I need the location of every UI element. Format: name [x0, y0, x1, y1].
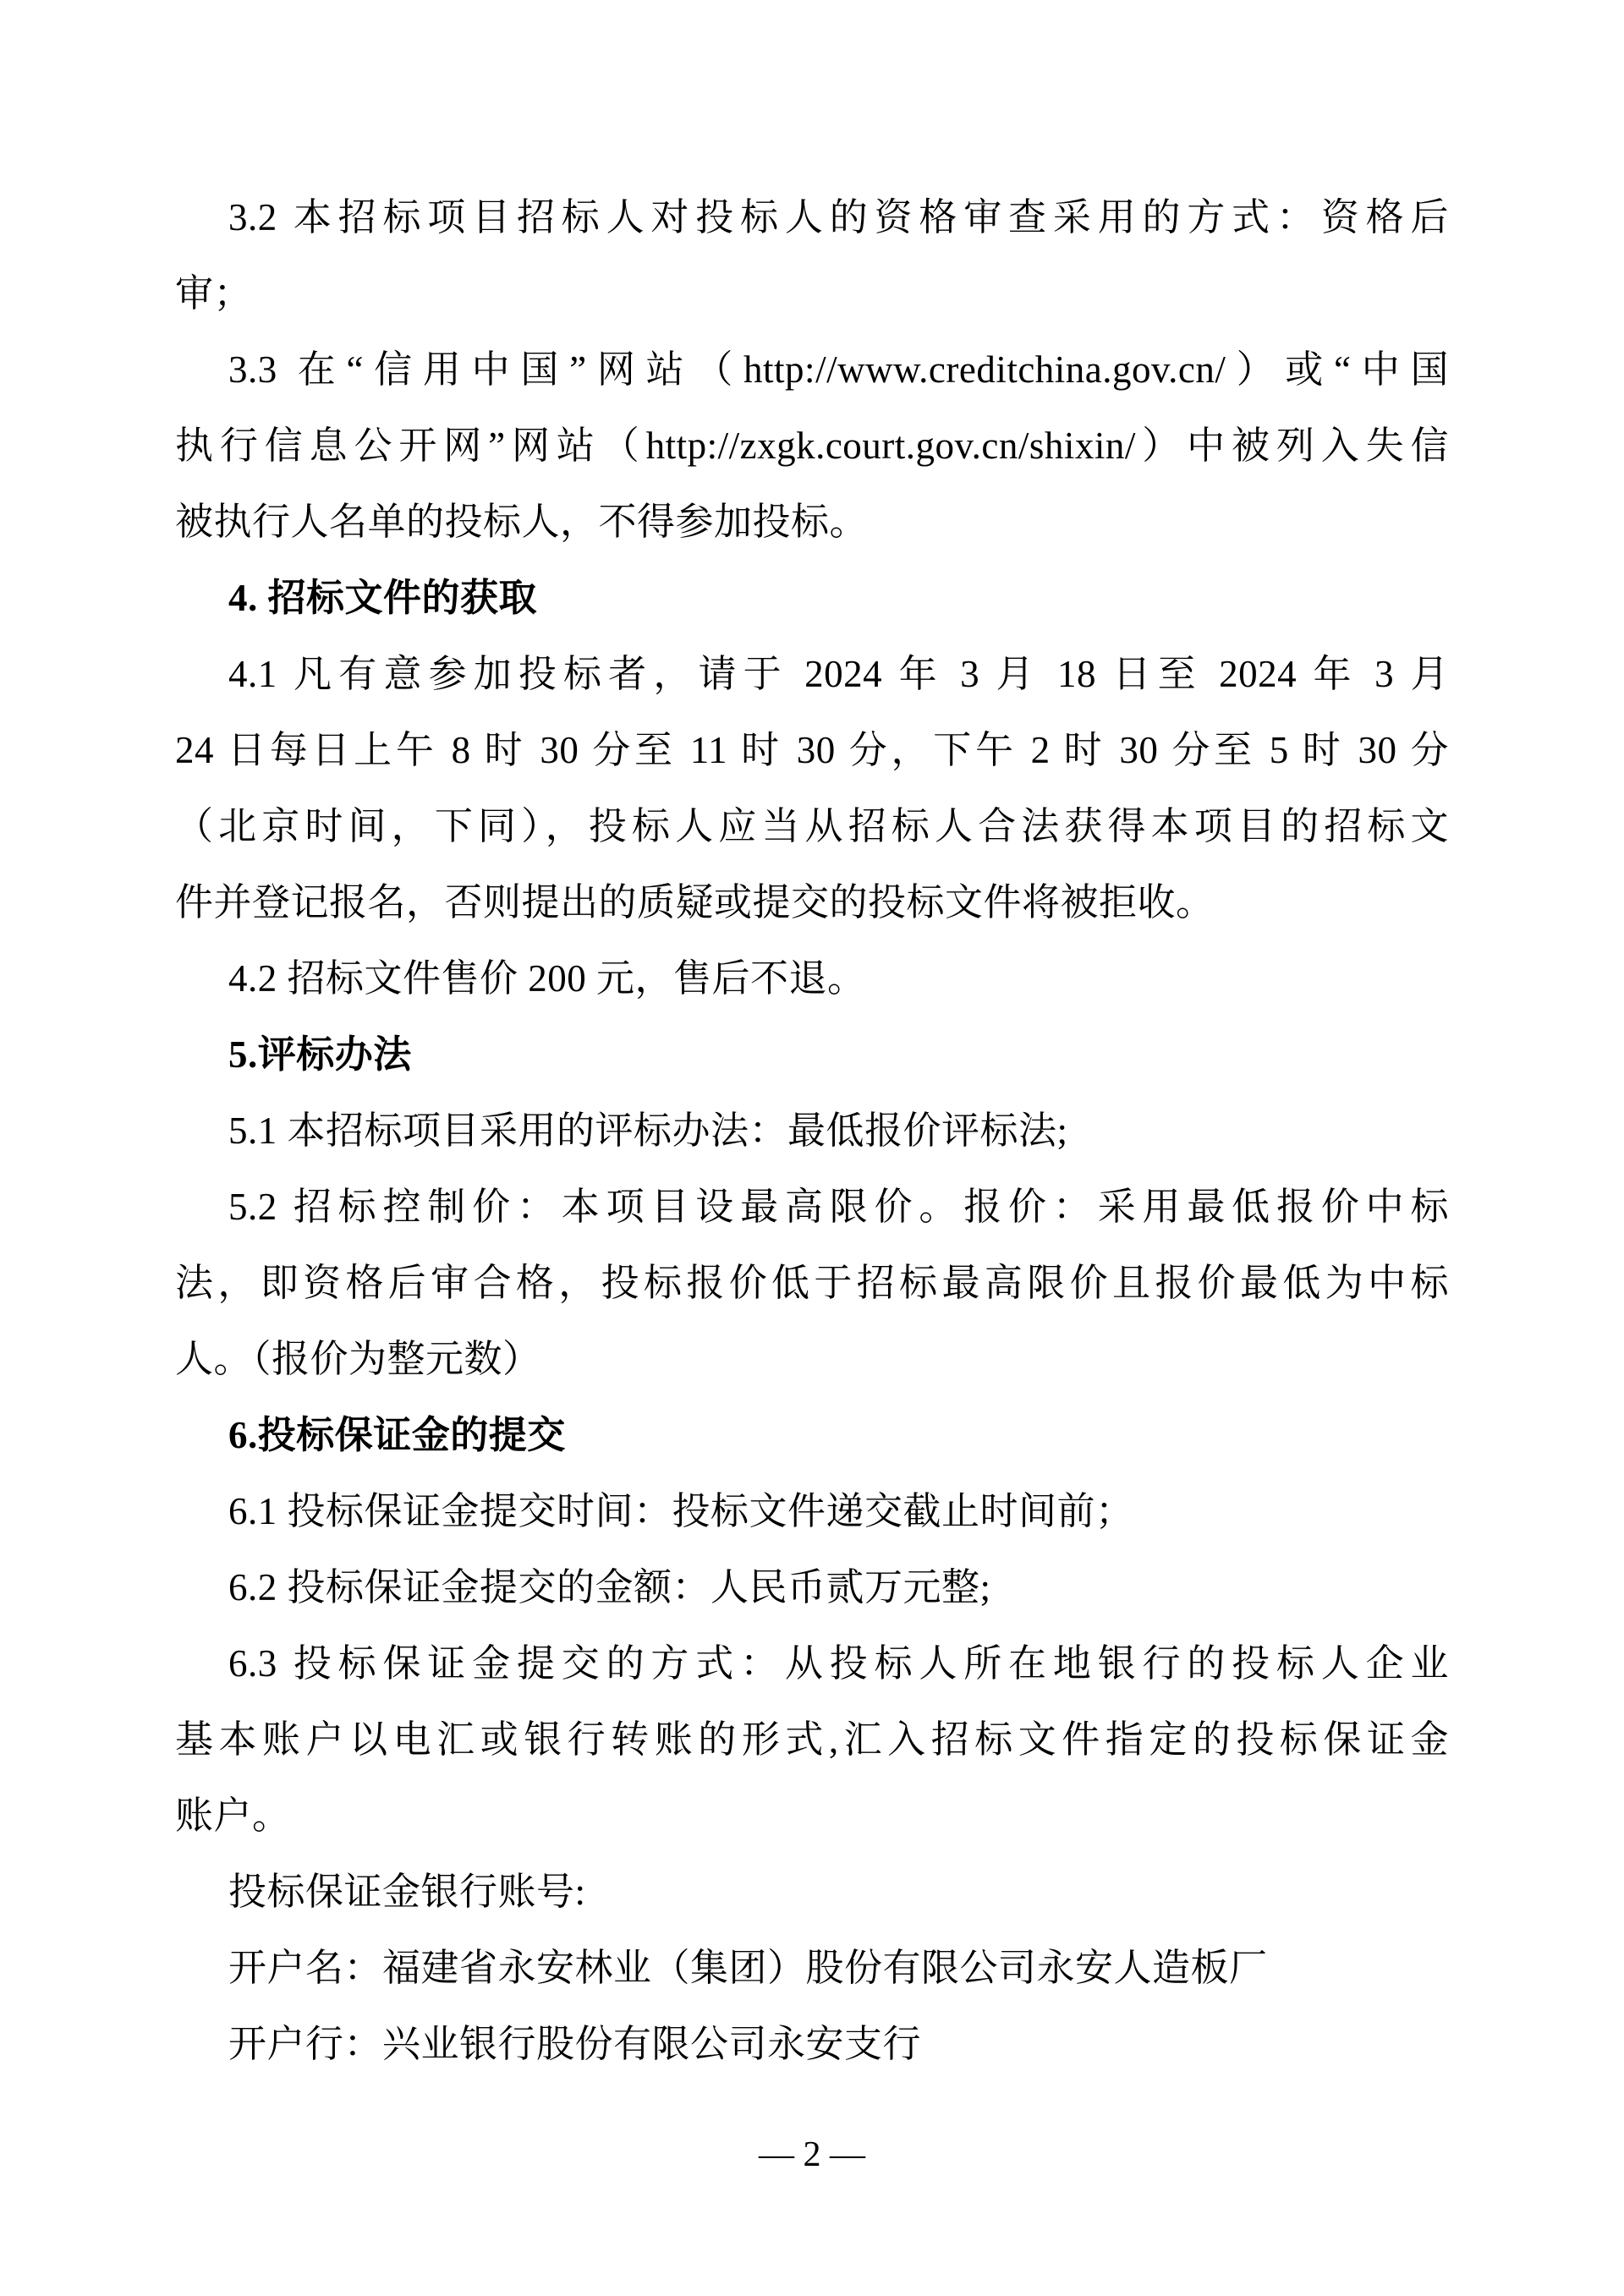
text-line-4-1: 4.1 凡有意参加投标者，请于 2024 年 3 月 18 日至 2024 年 … — [175, 636, 1449, 712]
text-line-6-3: 6.3 投标保证金提交的方式：从投标人所在地银行的投标人企业 — [175, 1625, 1449, 1701]
document-body: 3.2 本招标项目招标人对投标人的资格审查采用的方式：资格后 审； 3.3 在“… — [175, 179, 1449, 2082]
text-line-4-1-cont1: 24 日每日上午 8 时 30 分至 11 时 30 分，下午 2 时 30 分… — [175, 712, 1449, 788]
section-heading-5: 5.评标办法 — [175, 1016, 1449, 1093]
text-line-5-1: 5.1 本招标项目采用的评标办法：最低报价评标法; — [175, 1093, 1449, 1169]
text-line-6-1: 6.1 投标保证金提交时间：投标文件递交截止时间前； — [175, 1473, 1449, 1549]
text-line-3-2: 3.2 本招标项目招标人对投标人的资格审查采用的方式：资格后 — [175, 179, 1449, 255]
text-line-3-2-cont: 审； — [175, 255, 1449, 332]
text-line-5-2-end: 人。（报价为整元数） — [175, 1321, 1449, 1397]
text-line-3-3: 3.3 在“信用中国”网站（http://www.creditchina.gov… — [175, 332, 1449, 408]
text-line-4-2: 4.2 招标文件售价 200 元，售后不退。 — [175, 940, 1449, 1016]
text-line-4-1-end: 件并登记报名，否则提出的质疑或提交的投标文件将被拒收。 — [175, 864, 1449, 940]
text-line-4-1-cont2: （北京时间，下同），投标人应当从招标人合法获得本项目的招标文 — [175, 788, 1449, 864]
text-line-bank-account-label: 投标保证金银行账号: — [175, 1854, 1449, 1930]
text-line-6-3-cont: 基本账户以电汇或银行转账的形式,汇入招标文件指定的投标保证金 — [175, 1701, 1449, 1778]
section-heading-4: 4. 招标文件的获取 — [175, 560, 1449, 636]
text-line-5-2-cont: 法，即资格后审合格，投标报价低于招标最高限价且报价最低为中标 — [175, 1245, 1449, 1321]
text-line-3-3-cont: 执行信息公开网”网站（http://zxgk.court.gov.cn/shix… — [175, 408, 1449, 484]
section-heading-6: 6.投标保证金的提交 — [175, 1397, 1449, 1473]
text-line-3-3-end: 被执行人名单的投标人，不得参加投标。 — [175, 484, 1449, 560]
text-line-account-name: 开户名：福建省永安林业（集团）股份有限公司永安人造板厂 — [175, 1930, 1449, 2006]
text-line-6-3-end: 账户。 — [175, 1778, 1449, 1854]
text-line-account-bank: 开户行：兴业银行股份有限公司永安支行 — [175, 2006, 1449, 2082]
text-line-6-2: 6.2 投标保证金提交的金额：人民币贰万元整; — [175, 1549, 1449, 1625]
text-line-5-2: 5.2 招标控制价：本项目设最高限价。报价：采用最低报价中标 — [175, 1169, 1449, 1245]
document-page: 3.2 本招标项目招标人对投标人的资格审查采用的方式：资格后 审； 3.3 在“… — [0, 0, 1624, 2296]
page-number: — 2 — — [0, 2117, 1624, 2193]
